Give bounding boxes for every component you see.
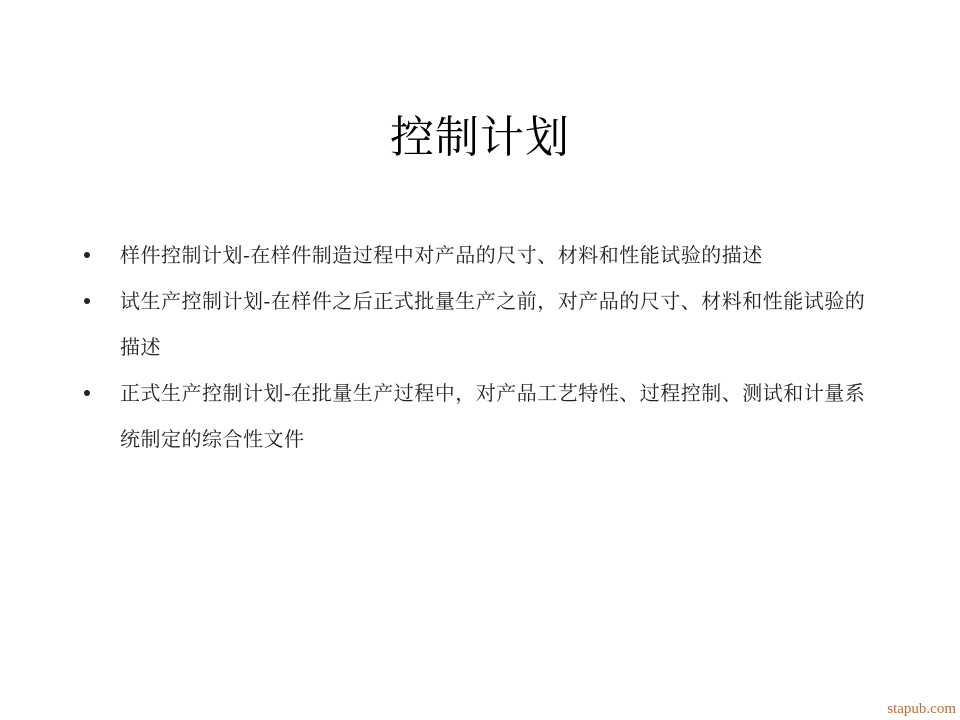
bullet-dot-icon [84, 390, 90, 396]
bullet-dot-icon [84, 252, 90, 258]
bullet-text: 样件控制计划-在样件制造过程中对产品的尺寸、材料和性能试验的描述 [120, 243, 763, 267]
slide-title: 控制计划 [0, 108, 960, 168]
watermark: stapub.com [887, 701, 956, 718]
slide: 控制计划 样件控制计划-在样件制造过程中对产品的尺寸、材料和性能试验的描述 试生… [0, 0, 960, 720]
bullet-item-sample-control-plan: 样件控制计划-在样件制造过程中对产品的尺寸、材料和性能试验的描述 [80, 232, 880, 278]
bullet-dot-icon [84, 298, 90, 304]
bullet-item-trial-production-control-plan: 试生产控制计划-在样件之后正式批量生产之前，对产品的尺寸、材料和性能试验的描述 [80, 278, 880, 370]
bullet-text: 正式生产控制计划-在批量生产过程中，对产品工艺特性、过程控制、测试和计量系统制定… [120, 381, 865, 451]
bullet-list: 样件控制计划-在样件制造过程中对产品的尺寸、材料和性能试验的描述 试生产控制计划… [80, 232, 880, 462]
bullet-text: 试生产控制计划-在样件之后正式批量生产之前，对产品的尺寸、材料和性能试验的描述 [120, 289, 865, 359]
bullet-item-production-control-plan: 正式生产控制计划-在批量生产过程中，对产品工艺特性、过程控制、测试和计量系统制定… [80, 370, 880, 462]
